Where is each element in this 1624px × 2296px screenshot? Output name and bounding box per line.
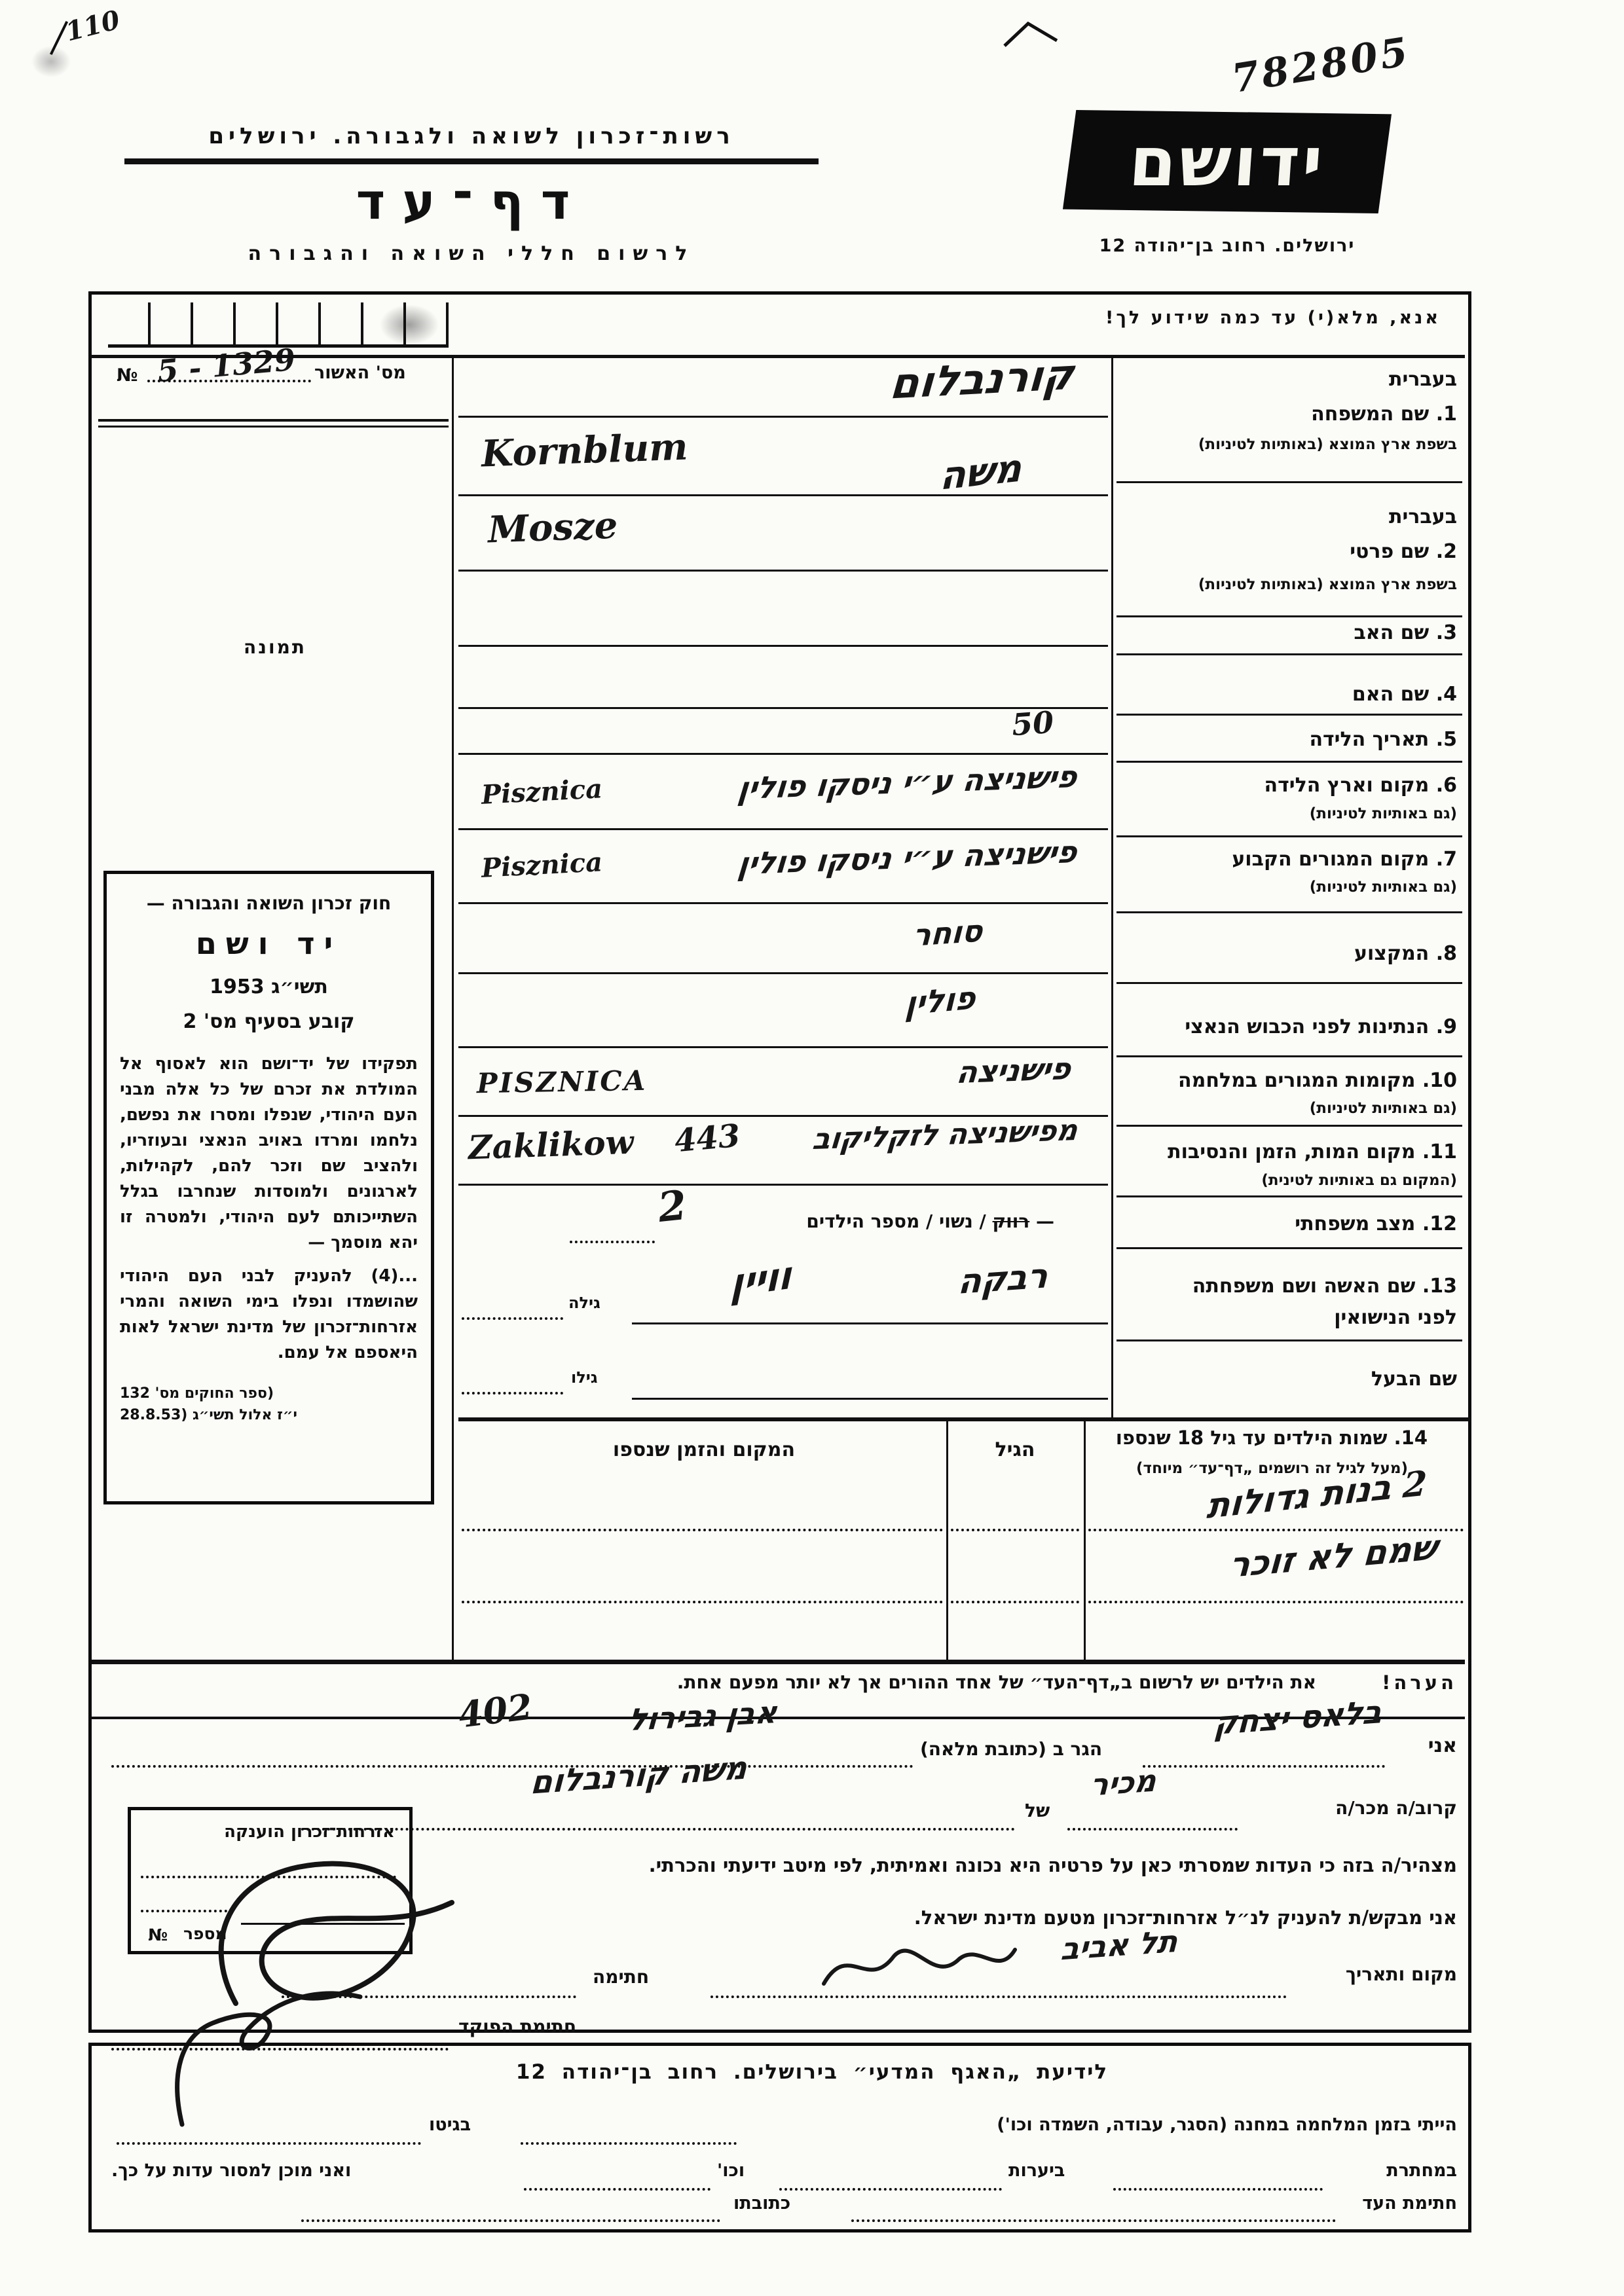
label-family-name-sub: בשפת ארץ המוצא (באותיות לטיניות) [1198,437,1457,452]
dotted-line [779,2188,1002,2191]
label-family-name: 1. שם המשפחה [1311,405,1457,424]
numero-sign: № [117,367,138,384]
dotted-line [570,1241,655,1243]
approval-dotted-line [147,380,311,382]
table-row-dotted [462,1529,943,1531]
table-row-dotted [1088,1601,1464,1603]
decl-official-label: חתימת הפוקד [458,2018,576,2036]
entry-line [632,1398,1108,1400]
entry-line [458,416,1108,418]
sidebar-divider [452,358,454,1660]
label-birth-place-sub: (גם באותיות לטיניות) [1310,807,1457,822]
table-row-dotted [951,1601,1079,1603]
label-column-divider [1111,358,1113,1417]
law-ref-line2: י״ז אלול תשי״ג (28.8.53 [120,1404,418,1426]
decl-address-value: אבן גבירול [627,1697,779,1735]
marital-dash: — [1036,1211,1054,1232]
bottom-witness-address-label: כתובתו [733,2195,790,2212]
label-divider [1116,481,1462,483]
marital-rest: / נשוי / מספר הילדים [806,1211,986,1232]
office-address: ירושלים. רחוב בן־יהודה 12 [1066,237,1388,255]
table-header-place: המקום והזמן שנספו [511,1440,897,1460]
header-rule [92,355,1465,358]
entry-line [458,828,1108,830]
logo-text: ידושם [1126,122,1327,202]
label-husband-name: שם הבעל [1371,1370,1457,1389]
label-divider [1116,653,1462,655]
entry-wife-name: רבקה [957,1259,1048,1300]
entry-family-hebrew: קורנבלום [888,354,1075,405]
dotted-line [462,1317,563,1320]
label-hebrew-1: בעברית [1389,370,1457,390]
entry-line [458,1184,1108,1186]
entry-birth-date: 50 [1010,707,1054,740]
dotted-line [117,2142,421,2145]
entry-citizenship: פולין [904,982,976,1020]
marital-struck-option: רווק [993,1211,1030,1232]
citizenship-title: אזרחות־זכרון הוענקה [224,1823,395,1840]
entry-war-place-latin: PISZNICA [477,1067,648,1098]
entry-first-latin: Mosze [487,507,618,549]
dotted-line [301,2219,720,2222]
form-title: דף־עד [118,172,825,230]
label-children: 14. שמות הילדים עד גיל 18 שנספו [1116,1429,1428,1448]
label-citizenship: 9. הנתינות לפני הכבוש הנאצי [1185,1017,1457,1037]
entry-line [632,1322,1108,1324]
bottom-etc-label: וכו' [717,2162,745,2179]
bottom-witness-signature-label: חתימת העד [1362,2195,1457,2212]
table-divider [946,1421,948,1660]
entry-wife-maiden: וויין [729,1256,792,1303]
decl-place-value: תל אביב [1060,1926,1179,1965]
table-row-dotted [1088,1529,1464,1531]
dotted-line [1067,1828,1238,1831]
label-death-place-sub: (המקום גם באותיות לטינית) [1261,1173,1457,1188]
label-residence: 7. מקום המגורים הקבוע [1232,850,1457,869]
label-divider [1116,835,1462,837]
label-death-place: 11. מקום המות, הזמן והנסיבות [1168,1142,1457,1162]
label-divider [1116,1055,1462,1057]
divider [98,419,449,422]
decl-address-number: 402 [456,1688,534,1732]
bottom-underground-label: במחתרת [1386,2162,1457,2179]
label-birth-date: 5. תאריך הלידה [1309,730,1457,750]
label-mother-name: 4. שם האם [1352,685,1457,704]
approval-number-label: מס' האשור [314,364,406,382]
entry-profession: סוחר [912,915,983,951]
label-divider [1116,615,1462,617]
dotted-line [301,1828,1015,1831]
label-divider [1116,911,1462,913]
dotted-line [524,2188,710,2191]
entry-line [458,494,1108,496]
label-divider [1116,1339,1462,1341]
scan-caret-mark [1002,18,1061,51]
bottom-title: לידיעת „האגף המדעי״ בירושלים. רחוב בן־יה… [223,2062,1401,2083]
table-header-age: הגיל [953,1440,1077,1460]
label-war-places: 10. מקומות המגורים במלחמה [1178,1071,1457,1091]
dotted-line [462,1392,563,1394]
dotted-line [521,2142,737,2145]
decl-signature-label: חתימה [593,1968,649,1986]
scanned-testimony-page: 110 782805 רשות־זכרון לשואה ולגבורה. ירו… [0,0,1624,2296]
label-profession: 8. המקצוע [1354,944,1457,964]
note-text: את הילדים יש לרשום ב„דף־העד״ של אחד ההור… [677,1673,1316,1692]
law-year: תשי״ג 1953 [120,975,418,998]
date-scribble [819,1931,1022,1997]
table-row-dotted [951,1529,1079,1531]
label-residence-sub: (גם באותיות לטיניות) [1310,880,1457,895]
marital-options: — רווק / נשוי / מספר הילדים [806,1212,1054,1231]
label-wife-name: 13. שם האשה ושם משפחתה [1192,1277,1457,1296]
law-name: יד ושם [120,926,418,961]
label-marital-status: 12. מצב משפחתי [1295,1214,1457,1234]
label-divider [1116,982,1462,984]
label-first-name-sub: בשפת ארץ המוצא (באותיות לטיניות) [1198,577,1457,592]
law-ref-line1: (ספר החוקים מס' 132 [120,1383,418,1404]
bottom-camps-label: הייתי בזמן המלחמה במחנה (הסגר, עבודה, הש… [997,2116,1457,2134]
label-father-name: 3. שם האב [1354,623,1457,643]
dotted-line [851,2219,1336,2222]
decl-i-label: אני [1428,1736,1457,1756]
note-title: הערה! [1382,1673,1457,1692]
decl-resides-label: הגר ב (כתובת מלאה) [920,1740,1102,1758]
entry-first-hebrew: משה [939,448,1022,496]
header-underline [124,158,819,164]
bottom-ghetto-label: בגיטו [429,2116,471,2134]
yad-vashem-logo: ידושם [1062,110,1392,213]
label-divider [1116,1125,1462,1127]
decl-relation-label: קרוב/ה מכר/ה [1335,1799,1457,1817]
label-hebrew-2: בעברית [1389,507,1457,527]
entry-death-detail: 443 [673,1120,741,1157]
dotted-line [1113,2188,1323,2191]
fill-instruction: אנא, מלא(י) עד כמה שידוע לך! [1105,309,1441,327]
law-body: תפקידו של יד־ושם הוא לאסוף אל המולדת את … [120,1051,418,1256]
table-row-dotted [462,1601,943,1603]
entry-birth-place-latin: Pisznica [481,776,603,809]
label-divider [1116,761,1462,763]
label-divider [1116,714,1462,716]
decl-relation-value: מכיר [1090,1765,1158,1800]
label-birth-place: 6. מקום וארץ הלידה [1264,776,1457,795]
law-section: קובע בסעיף מס' 2 [120,1010,418,1033]
dotted-line [1143,1765,1385,1768]
decl-statement: מצהיר/ה בזה כי העדות שמסרתי כאן על פרטיה… [649,1856,1457,1875]
dotted-line [111,1765,913,1768]
label-his-age: גילו [571,1370,598,1385]
bottom-forests-label: ביערות [1008,2162,1065,2179]
entry-death-place-latin: Zaklikow [468,1126,634,1165]
entry-line [458,753,1108,755]
entry-line [458,972,1108,974]
label-war-places-sub: (גם באותיות לטיניות) [1310,1101,1457,1116]
org-name: רשות־זכרון לשואה ולגבורה. ירושלים [118,123,825,149]
header-block: רשות־זכרון לשואה ולגבורה. ירושלים דף־עד … [118,123,825,265]
scan-smudge [31,46,71,77]
label-first-name: 2. שם פרטי [1350,542,1457,562]
law-clause: ...(4) להעניק לבני העם היהודי שהושמדו ונ… [120,1264,418,1366]
decl-place-date-label: מקום ותאריך [1346,1965,1457,1984]
entry-children-count: 2 [656,1185,688,1228]
entry-line [458,902,1108,904]
law-box: חוק זכרון השואה והגבורה — יד ושם תשי״ג 1… [103,871,434,1504]
entry-line [458,570,1108,572]
numero-sign: № [148,1927,168,1943]
entry-line [458,1046,1108,1048]
decl-of-label: של [1025,1802,1050,1820]
decl-request: אני מבקש/ת להעניק לנ״ל אזרחות־זכרון מטעם… [914,1908,1457,1927]
table-divider [1084,1421,1086,1660]
entry-family-latin: Kornblum [481,429,688,473]
photo-label: תמונה [216,638,334,657]
entry-line [458,645,1108,647]
label-divider [1116,1247,1462,1249]
label-her-age: גילה [568,1295,600,1311]
note-rule-top [92,1660,1465,1664]
label-wife-name-2: לפני הנישואין [1334,1308,1457,1328]
label-divider [1116,1195,1462,1197]
dotted-line [710,1995,1287,1998]
scan-smudge [380,304,439,345]
corner-note: 110 [63,7,122,45]
entry-war-place-hebrew: פישניצה [955,1053,1072,1087]
divider [98,426,449,428]
file-number-handwritten: 782805 [1229,32,1413,99]
law-heading: חוק זכרון השואה והגבורה — [120,892,418,914]
form-subtitle: לרשום חללי השואה והגבורה [118,242,825,265]
table-top-rule [458,1417,1470,1421]
entry-residence-latin: Pisznica [481,849,603,882]
law-reference: (ספר החוקים מס' 132 י״ז אלול תשי״ג (28.8… [120,1383,418,1426]
bottom-ready-label: ואני מוכן למסור עדות על כך. [111,2162,351,2179]
